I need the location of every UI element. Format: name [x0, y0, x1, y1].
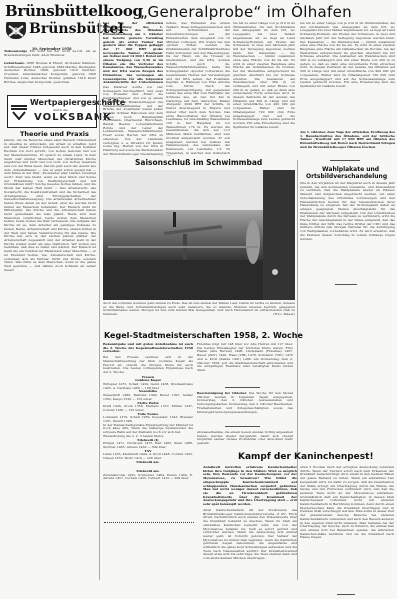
masthead-line1: Brünsbüttelkoog — [5, 2, 143, 20]
volksbank-ad: Wertpapiergeschäfte durch die VOLKSBANK — [7, 95, 97, 128]
main-article-lead: Der Tag der offiziellen Indienststellung… — [103, 22, 163, 85]
births-notice: Geburtsanz. 1888 Thomas & Ehlert, Großva… — [4, 62, 96, 90]
column-divider — [297, 160, 298, 580]
death-notice: Todesanzeige Ein Volk, bei der nicht de-… — [4, 50, 96, 60]
ad-line3: VOLKSBANK — [34, 112, 112, 123]
photo-caption: Auch der schönste Sommer geht einmal zu … — [103, 302, 295, 328]
wahlplakate-title-2: Ortsbildverschandelung — [306, 173, 387, 180]
theorie-body: Jahren, die die Bereiche einen einer Ber… — [4, 139, 96, 480]
kegel-col1: Bekanntgabe und mit guten Anteilnahme is… — [103, 343, 193, 465]
swimming-pool-photo — [103, 170, 295, 300]
column-divider — [99, 20, 100, 580]
wahlplakate-title-1: Wahlplakate und — [322, 166, 379, 173]
rule — [335, 284, 357, 285]
bescheinigung-notice: Bescheinigung für Oktober. Die Woche für… — [197, 392, 293, 422]
volksbank-logo-icon — [11, 102, 27, 120]
rule — [225, 387, 260, 388]
crest-icon — [6, 22, 26, 39]
wavy-rule — [104, 522, 194, 525]
kegel-section: Frauen Goldene Kugel Wittspiel 1475, Sch… — [103, 376, 193, 465]
theorie-title: Theorie und Praxis — [20, 130, 89, 138]
photo-section-title: Saisonschluß im Schwimmbad — [135, 158, 262, 167]
rule — [225, 426, 260, 427]
rule — [330, 160, 360, 161]
wahlplakate-body: Wie in den Vorjahren ist der Magistrat a… — [300, 182, 395, 280]
main-article-col4: bis bis zu einer Länge von je 210 m im Ö… — [300, 22, 395, 130]
kaninchen-lead: Anlaßweit betroffen erfahrene Kaninchenh… — [203, 466, 297, 508]
main-article-col3: bis bis zu einer Länge von je 210 m im Ö… — [233, 22, 295, 152]
kaninchen-col2: etwa 3 Wochen nach der erfolgten Ansteck… — [300, 466, 394, 594]
kegel-col1-cont: Edelweiß am. Zwiebelbroms 1455, Schneide… — [103, 470, 193, 500]
kaninchen-col1: Alten Kaninchenhaltern rät der Vorsitzen… — [203, 509, 297, 595]
main-headline: „Generalprobe“ im Ölhafen — [140, 3, 352, 21]
main-article-col2: leitete, das Einlaufen des ersten Tanker… — [166, 22, 230, 156]
rule — [337, 594, 355, 595]
main-article-col1: Das Manöver wurde von vier Schleppern du… — [103, 86, 163, 156]
kaninchen-title: Kampf der Kaninchenpest! — [238, 452, 374, 462]
kegel-title: Kegel-Stadtmeisterschaften 1958, 2. Woch… — [104, 331, 303, 340]
kegel-col2: Fidelitas folgt mit 148 über vor Alte He… — [197, 343, 293, 383]
abwasser-notice: Abwasserkanäle, die einem neuen Ausbau r… — [197, 431, 293, 451]
main-article-closing: Am 1. Oktober, dem Tage der offiziellen … — [300, 131, 395, 153]
